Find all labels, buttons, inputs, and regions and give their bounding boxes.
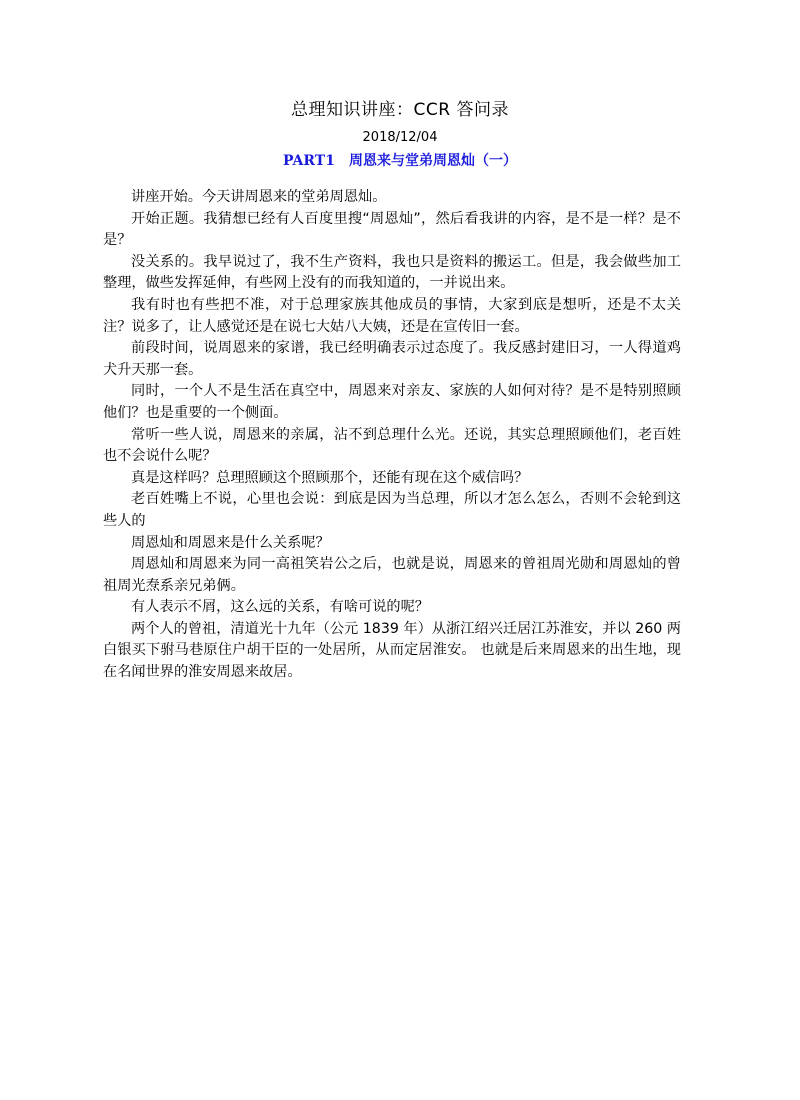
paragraph: 老百姓嘴上不说，心里也会说：到底是因为当总理，所以才怎么怎么，否则不会轮到这些人… <box>103 489 681 532</box>
part-title: 周恩来与堂弟周恩灿（一） <box>349 153 517 169</box>
paragraph: 没关系的。我早说过了，我不生产资料，我也只是资料的搬运工。但是，我会做些加工整理… <box>103 252 681 295</box>
document-title: 总理知识讲座：CCR 答问录 <box>0 95 800 120</box>
document-body: 讲座开始。今天讲周恩来的堂弟周恩灿。 开始正题。我猜想已经有人百度里搜“周恩灿”… <box>103 187 681 684</box>
part-heading: PART1周恩来与堂弟周恩灿（一） <box>0 150 800 170</box>
paragraph: 周恩灿和周恩来为同一高祖笑岩公之后，也就是说，周恩来的曾祖周光勋和周恩灿的曾祖周… <box>103 554 681 597</box>
document-date: 2018/12/04 <box>0 130 800 145</box>
paragraph: 常听一些人说，周恩来的亲属，沾不到总理什么光。还说，其实总理照顾他们，老百姓也不… <box>103 425 681 468</box>
paragraph: 前段时间，说周恩来的家谱，我已经明确表示过态度了。我反感封建旧习，一人得道鸡犬升… <box>103 338 681 381</box>
paragraph: 周恩灿和周恩来是什么关系呢？ <box>103 533 681 555</box>
paragraph: 有人表示不屑，这么远的关系，有啥可说的呢？ <box>103 597 681 619</box>
part-number: PART1 <box>283 153 335 169</box>
paragraph: 开始正题。我猜想已经有人百度里搜“周恩灿”，然后看我讲的内容，是不是一样？是不是… <box>103 209 681 252</box>
paragraph: 讲座开始。今天讲周恩来的堂弟周恩灿。 <box>103 187 681 209</box>
document-page: 总理知识讲座：CCR 答问录 2018/12/04 PART1周恩来与堂弟周恩灿… <box>0 0 800 1100</box>
paragraph: 两个人的曾祖，清道光十九年（公元 1839 年）从浙江绍兴迁居江苏淮安，并以 2… <box>103 619 681 684</box>
paragraph: 真是这样吗？总理照顾这个照顾那个，还能有现在这个威信吗？ <box>103 468 681 490</box>
paragraph: 同时，一个人不是生活在真空中，周恩来对亲友、家族的人如何对待？是不是特别照顾他们… <box>103 381 681 424</box>
paragraph: 我有时也有些把不准，对于总理家族其他成员的事情，大家到底是想听，还是不太关注？说… <box>103 295 681 338</box>
